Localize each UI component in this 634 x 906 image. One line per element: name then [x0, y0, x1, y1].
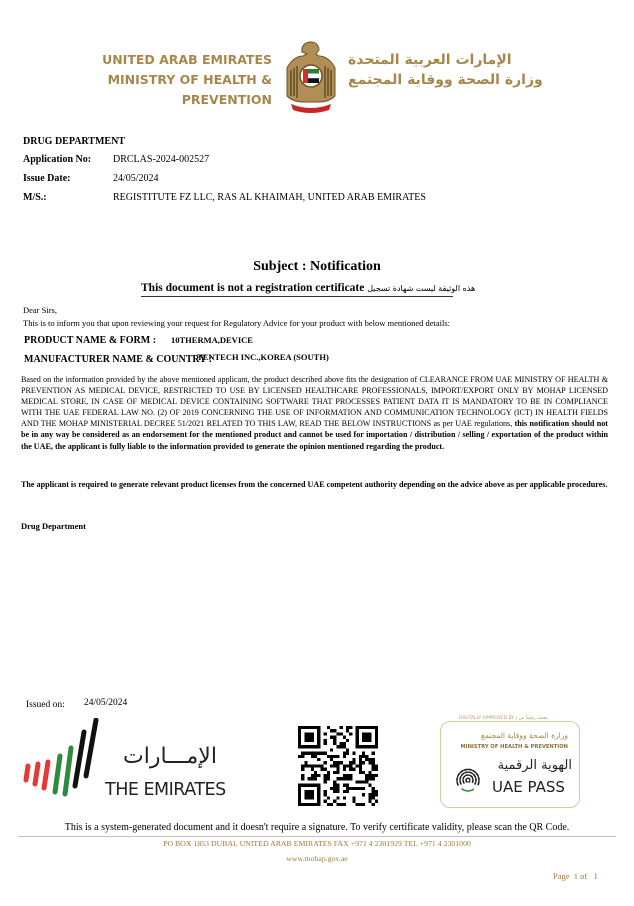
subject-title: Subject : Notification	[0, 259, 634, 275]
product-value: 10THERMA,DEVICE	[171, 335, 253, 345]
ms-label: M/S.:	[23, 192, 47, 203]
license-requirement-paragraph: The applicant is required to generate re…	[21, 479, 608, 490]
uaepass-en: UAE PASS	[492, 778, 572, 796]
manufacturer-label: MANUFACTURER NAME & COUNTRY :	[24, 354, 212, 365]
product-label: PRODUCT NAME & FORM :	[24, 335, 156, 346]
issue-date-label: Issue Date:	[23, 173, 71, 184]
application-number: DRCLAS-2024-002527	[113, 154, 209, 165]
notice-ar: هذه الوثيقة ليست شهادة تسجيل	[367, 284, 475, 293]
emirates-logo-en: THE EMIRATES	[105, 780, 235, 800]
manufacturer-value: TENTECH INC.,KOREA (SOUTH)	[197, 352, 329, 362]
footer-divider	[18, 836, 616, 837]
emirates-stripes-icon	[20, 718, 105, 803]
footer-website[interactable]: www.mohap.gov.ae	[0, 854, 634, 863]
verification-note: This is a system-generated document and …	[0, 822, 634, 833]
department-heading: DRUG DEPARTMENT	[23, 136, 125, 147]
header-country-en: UNITED ARAB EMIRATES	[30, 50, 272, 70]
digitally-approved-label: DIGITALLY APPROVED BY | معتمد رقمياً من	[455, 716, 552, 721]
greeting: Dear Sirs,	[23, 305, 57, 315]
intro-text: This is to inform you that upon reviewin…	[23, 318, 450, 328]
uaepass-ar: الهوية الرقمية	[488, 758, 572, 773]
header-ar: الإمارات العربية المتحدة وزارة الصحة ووق…	[348, 50, 593, 90]
header-ministry-ar: وزارة الصحة ووقاية المجتمع	[348, 70, 593, 90]
not-certificate-notice: This document is not a registration cert…	[141, 282, 453, 297]
notice-en: This document is not a registration cert…	[141, 282, 364, 294]
uaepass-ministry-en: MINISTRY OF HEALTH & PREVENTION	[444, 744, 568, 750]
signoff: Drug Department	[21, 521, 86, 531]
clearance-paragraph: Based on the information provided by the…	[21, 374, 608, 452]
application-label: Application No:	[23, 154, 91, 165]
uae-falcon-emblem-icon	[283, 38, 339, 118]
uaepass-ministry-ar: وزارة الصحة ووقاية المجتمع	[444, 731, 568, 740]
header-ministry-en: MINISTRY OF HEALTH & PREVENTION	[30, 70, 272, 110]
header-country-ar: الإمارات العربية المتحدة	[348, 50, 593, 70]
emirates-logo-ar: الإمـــارات	[108, 744, 232, 770]
ms-value: REGISTITUTE FZ LLC, RAS AL KHAIMAH, UNIT…	[113, 192, 426, 203]
issued-on-value: 24/05/2024	[84, 698, 127, 708]
page-number: Page 1 of 1	[553, 871, 598, 881]
header-en: UNITED ARAB EMIRATES MINISTRY OF HEALTH …	[30, 50, 272, 110]
issue-date-value: 24/05/2024	[113, 173, 159, 184]
qr-code-icon[interactable]	[298, 726, 378, 806]
issued-on-label: Issued on:	[26, 700, 65, 710]
footer-address: PO BOX 1853 DUBAI, UNITED ARAB EMIRATES …	[0, 839, 634, 848]
fingerprint-icon	[452, 763, 484, 795]
